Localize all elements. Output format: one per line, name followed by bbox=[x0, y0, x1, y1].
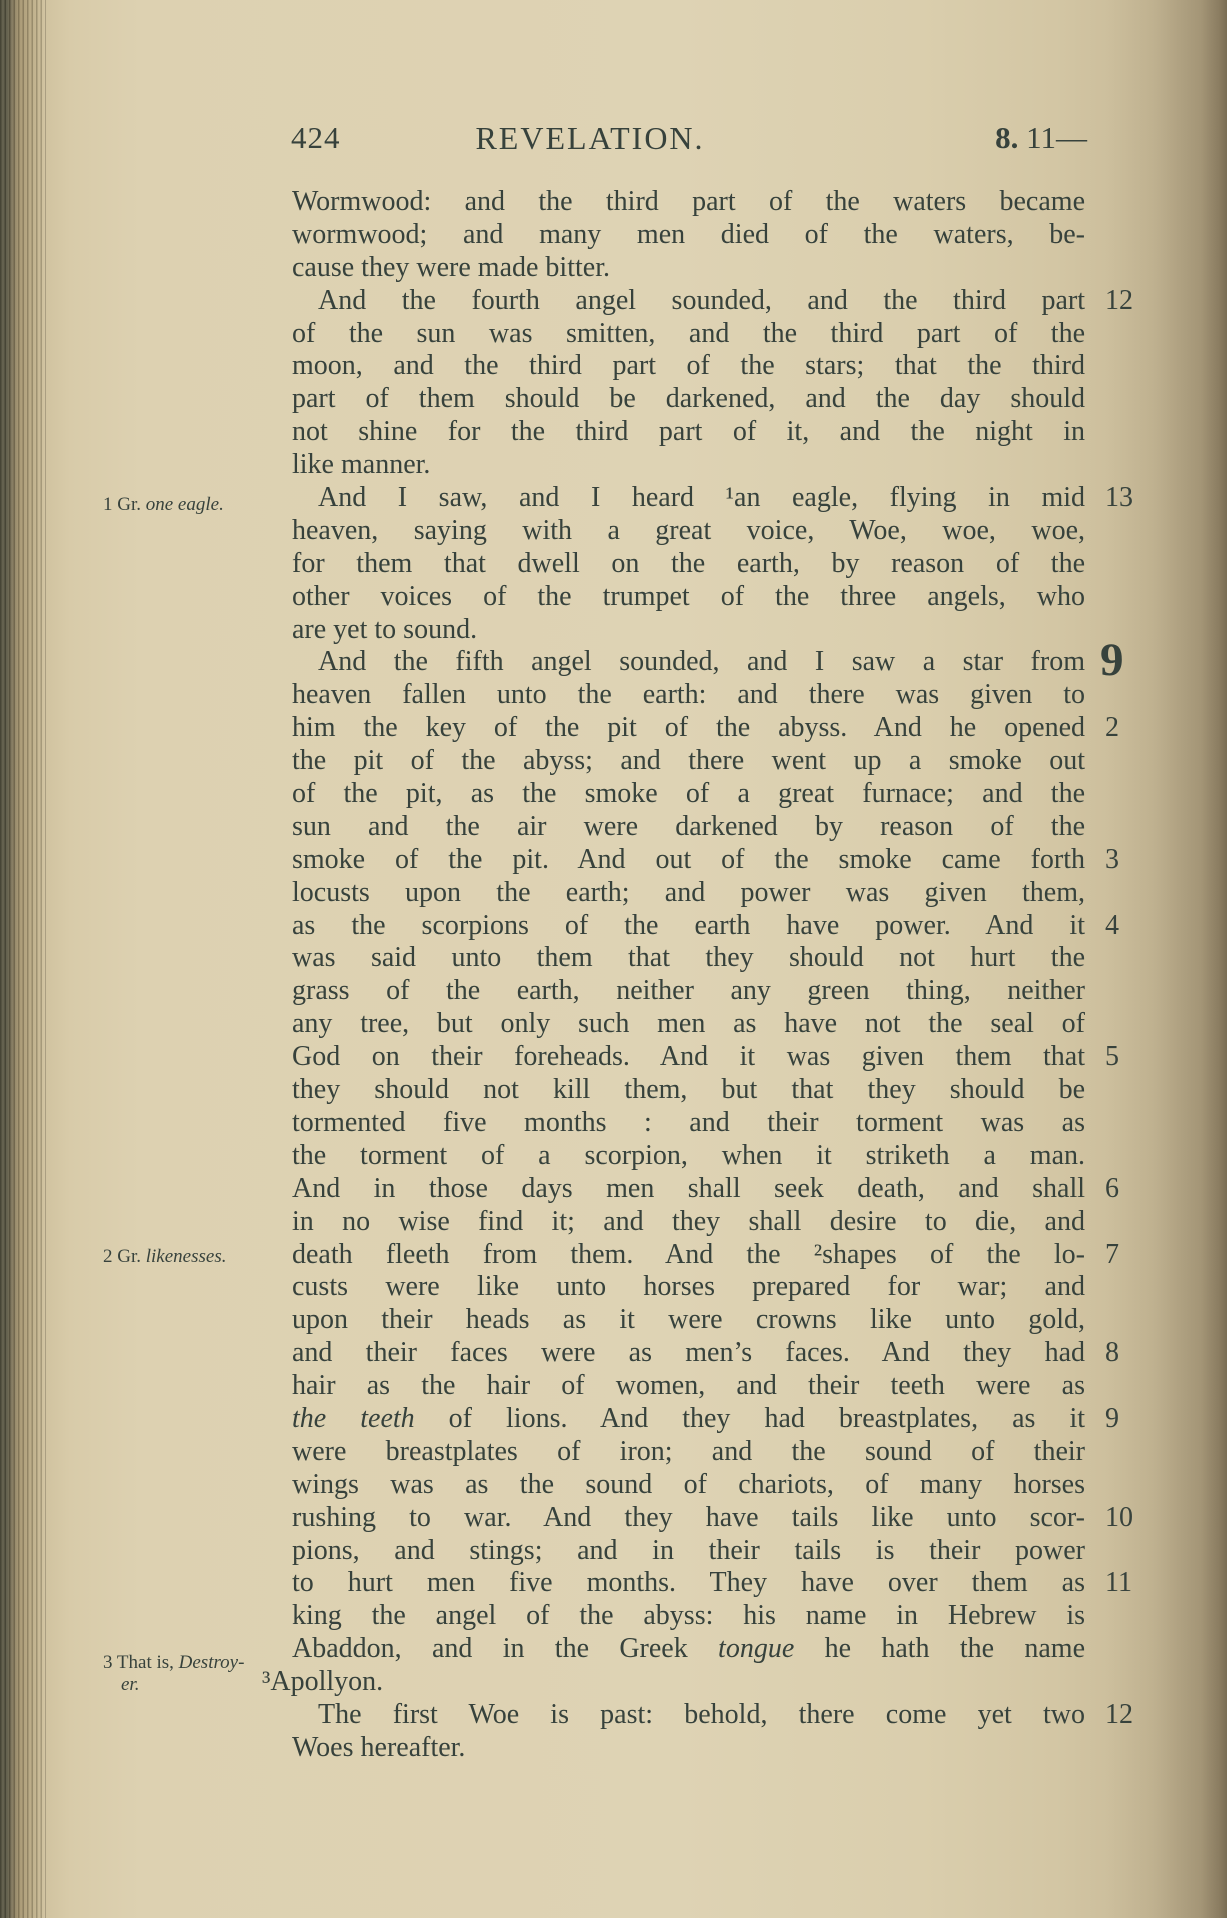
text-line: as the scorpions of the earth have power… bbox=[292, 910, 1085, 943]
text-line: cause they were made bitter. bbox=[292, 252, 1085, 285]
text-line-content: in no wise find it; and they shall desir… bbox=[292, 1206, 1085, 1239]
text-line: rushing to war. And they have tails like… bbox=[292, 1502, 1085, 1535]
text-line-content: were breastplates of iron; and the sound… bbox=[292, 1436, 1085, 1469]
text-line-content: to hurt men five months. They have over … bbox=[292, 1567, 1085, 1600]
text-line: And I saw, and I heard ¹an eagle, flying… bbox=[292, 482, 1085, 515]
text-line-content: pions, and stings; and in their tails is… bbox=[292, 1535, 1085, 1568]
margin-note: 1 Gr. one eagle. bbox=[103, 494, 279, 516]
margin-note: 3 That is, Destroy-er. bbox=[103, 1652, 279, 1696]
text-line: of the pit, as the smoke of a great furn… bbox=[292, 778, 1085, 811]
text-line: wings was as the sound of chariots, of m… bbox=[292, 1469, 1085, 1502]
text-line-content: the teeth of lions. And they had breastp… bbox=[292, 1403, 1085, 1436]
text-line-content: moon, and the third part of the stars; t… bbox=[292, 350, 1085, 383]
text-line-content: smoke of the pit. And out of the smoke c… bbox=[292, 844, 1085, 877]
text-line: upon their heads as it were crowns like … bbox=[292, 1304, 1085, 1337]
text-line: Wormwood: and the third part of the wate… bbox=[292, 186, 1085, 219]
text-line-content: of the sun was smitten, and the third pa… bbox=[292, 318, 1085, 351]
text-line-content: hair as the hair of women, and their tee… bbox=[292, 1370, 1085, 1403]
binding-edge bbox=[0, 0, 46, 1918]
verse-number: 2 bbox=[1105, 712, 1119, 745]
text-line-content: sun and the air were darkened by reason … bbox=[292, 811, 1085, 844]
text-line-content: wings was as the sound of chariots, of m… bbox=[292, 1469, 1085, 1502]
text-line-content: locusts upon the earth; and power was gi… bbox=[292, 877, 1085, 910]
text-line: custs were like unto horses prepared for… bbox=[292, 1271, 1085, 1304]
text-line: And the fourth angel sounded, and the th… bbox=[292, 285, 1085, 318]
verse-number: 3 bbox=[1105, 844, 1119, 877]
text-line: other voices of the trumpet of the three… bbox=[292, 581, 1085, 614]
text-line: like manner. bbox=[292, 449, 1085, 482]
text-line: hair as the hair of women, and their tee… bbox=[292, 1370, 1085, 1403]
text-line-content: was said unto them that they should not … bbox=[292, 942, 1085, 975]
text-line-content: wormwood; and many men died of the water… bbox=[292, 219, 1085, 252]
verse-number: 9 bbox=[1105, 1403, 1119, 1436]
verse-number: 12 bbox=[1105, 285, 1133, 318]
text-line: heaven fallen unto the earth: and there … bbox=[292, 679, 1085, 712]
text-line: moon, and the third part of the stars; t… bbox=[292, 350, 1085, 383]
text-line: any tree, but only such men as have not … bbox=[292, 1008, 1085, 1041]
text-line-content: king the angel of the abyss: his name in… bbox=[292, 1600, 1085, 1633]
text-line: Abaddon, and in the Greek tongue he hath… bbox=[292, 1633, 1085, 1666]
text-line: And in those days men shall seek death, … bbox=[292, 1173, 1085, 1206]
text-line-content: part of them should be darkened, and the… bbox=[292, 383, 1085, 416]
text-line: grass of the earth, neither any green th… bbox=[292, 975, 1085, 1008]
text-line-content: for them that dwell on the earth, by rea… bbox=[292, 548, 1085, 581]
verse-number: 5 bbox=[1105, 1041, 1119, 1074]
text-line-content: any tree, but only such men as have not … bbox=[292, 1008, 1085, 1041]
text-line: the torment of a scorpion, when it strik… bbox=[292, 1140, 1085, 1173]
text-line-content: Woes hereafter. bbox=[292, 1732, 1085, 1765]
verse-number: 4 bbox=[1105, 910, 1119, 943]
chapter-number: 9 bbox=[1100, 640, 1124, 680]
verse-reference-chapter: 8. bbox=[995, 120, 1018, 155]
text-line-content: And I saw, and I heard ¹an eagle, flying… bbox=[292, 482, 1085, 515]
text-line-content: the pit of the abyss; and there went up … bbox=[292, 745, 1085, 778]
text-line: smoke of the pit. And out of the smoke c… bbox=[292, 844, 1085, 877]
text-line: king the angel of the abyss: his name in… bbox=[292, 1600, 1085, 1633]
text-line-content: as the scorpions of the earth have power… bbox=[292, 910, 1085, 943]
verse-number: 10 bbox=[1105, 1502, 1133, 1535]
text-line-content: and their faces were as men’s faces. And… bbox=[292, 1337, 1085, 1370]
text-line-content: rushing to war. And they have tails like… bbox=[292, 1502, 1085, 1535]
text-line: him the key of the pit of the abyss. And… bbox=[292, 712, 1085, 745]
body-text: Wormwood: and the third part of the wate… bbox=[292, 186, 1085, 1765]
text-line: of the sun was smitten, and the third pa… bbox=[292, 318, 1085, 351]
text-line: in no wise find it; and they shall desir… bbox=[292, 1206, 1085, 1239]
text-line: and their faces were as men’s faces. And… bbox=[292, 1337, 1085, 1370]
running-title: REVELATION. bbox=[475, 120, 704, 157]
verse-reference: 8. 11— bbox=[995, 120, 1087, 156]
margin-note-line: 2 Gr. likenesses. bbox=[103, 1246, 279, 1268]
text-line: the pit of the abyss; and there went up … bbox=[292, 745, 1085, 778]
text-line: ³Apollyon. bbox=[292, 1666, 1085, 1699]
margin-note-line: 3 That is, Destroy- bbox=[103, 1652, 279, 1674]
text-line-content: like manner. bbox=[292, 449, 1085, 482]
text-line-content: other voices of the trumpet of the three… bbox=[292, 581, 1085, 614]
text-line: pions, and stings; and in their tails is… bbox=[292, 1535, 1085, 1568]
text-line-content: ³Apollyon. bbox=[292, 1666, 1085, 1699]
margin-note-line: 1 Gr. one eagle. bbox=[103, 494, 279, 516]
text-line: And the fifth angel sounded, and I saw a… bbox=[292, 646, 1085, 679]
text-line: are yet to sound. bbox=[292, 614, 1085, 647]
text-line-content: The first Woe is past: behold, there com… bbox=[292, 1699, 1085, 1732]
text-line-content: Abaddon, and in the Greek tongue he hath… bbox=[292, 1633, 1085, 1666]
text-line: for them that dwell on the earth, by rea… bbox=[292, 548, 1085, 581]
verse-number: 8 bbox=[1105, 1337, 1119, 1370]
verse-number: 11 bbox=[1105, 1567, 1132, 1600]
text-line: part of them should be darkened, and the… bbox=[292, 383, 1085, 416]
text-line-content: the torment of a scorpion, when it strik… bbox=[292, 1140, 1085, 1173]
text-line-content: him the key of the pit of the abyss. And… bbox=[292, 712, 1085, 745]
text-line: the teeth of lions. And they had breastp… bbox=[292, 1403, 1085, 1436]
text-line-content: are yet to sound. bbox=[292, 614, 1085, 647]
text-line-content: custs were like unto horses prepared for… bbox=[292, 1271, 1085, 1304]
text-line-content: not shine for the third part of it, and … bbox=[292, 416, 1085, 449]
verse-reference-verse: 11— bbox=[1018, 120, 1087, 155]
text-line: heaven, saying with a great voice, Woe, … bbox=[292, 515, 1085, 548]
text-line-content: upon their heads as it were crowns like … bbox=[292, 1304, 1085, 1337]
verse-number: 6 bbox=[1105, 1173, 1119, 1206]
text-line-content: And the fifth angel sounded, and I saw a… bbox=[292, 646, 1085, 679]
text-line-content: they should not kill them, but that they… bbox=[292, 1074, 1085, 1107]
text-line-content: Wormwood: and the third part of the wate… bbox=[292, 186, 1085, 219]
text-line: were breastplates of iron; and the sound… bbox=[292, 1436, 1085, 1469]
margin-note: 2 Gr. likenesses. bbox=[103, 1246, 279, 1268]
text-line-content: heaven, saying with a great voice, Woe, … bbox=[292, 515, 1085, 548]
page-number: 424 bbox=[291, 120, 341, 156]
text-line: death fleeth from them. And the ²shapes … bbox=[292, 1239, 1085, 1272]
text-line-content: tormented five months : and their tormen… bbox=[292, 1107, 1085, 1140]
text-line: was said unto them that they should not … bbox=[292, 942, 1085, 975]
text-line-content: cause they were made bitter. bbox=[292, 252, 1085, 285]
text-line: tormented five months : and their tormen… bbox=[292, 1107, 1085, 1140]
text-line-content: heaven fallen unto the earth: and there … bbox=[292, 679, 1085, 712]
text-line-content: And the fourth angel sounded, and the th… bbox=[292, 285, 1085, 318]
verse-number: 7 bbox=[1105, 1239, 1119, 1272]
verse-number: 12 bbox=[1105, 1699, 1133, 1732]
text-line: sun and the air were darkened by reason … bbox=[292, 811, 1085, 844]
verse-number: 13 bbox=[1105, 482, 1133, 515]
text-line: they should not kill them, but that they… bbox=[292, 1074, 1085, 1107]
text-line: Woes hereafter. bbox=[292, 1732, 1085, 1765]
text-line: not shine for the third part of it, and … bbox=[292, 416, 1085, 449]
book-page: 424 REVELATION. 8. 11— 1 Gr. one eagle.2… bbox=[0, 0, 1227, 1918]
text-line: The first Woe is past: behold, there com… bbox=[292, 1699, 1085, 1732]
text-line-content: death fleeth from them. And the ²shapes … bbox=[292, 1239, 1085, 1272]
text-line: to hurt men five months. They have over … bbox=[292, 1567, 1085, 1600]
text-line-content: grass of the earth, neither any green th… bbox=[292, 975, 1085, 1008]
text-line: God on their foreheads. And it was given… bbox=[292, 1041, 1085, 1074]
text-line: locusts upon the earth; and power was gi… bbox=[292, 877, 1085, 910]
text-line-content: God on their foreheads. And it was given… bbox=[292, 1041, 1085, 1074]
text-line-content: And in those days men shall seek death, … bbox=[292, 1173, 1085, 1206]
margin-note-line: er. bbox=[103, 1674, 279, 1696]
text-line-content: of the pit, as the smoke of a great furn… bbox=[292, 778, 1085, 811]
page-header: 424 REVELATION. 8. 11— bbox=[0, 120, 1227, 160]
text-line: wormwood; and many men died of the water… bbox=[292, 219, 1085, 252]
